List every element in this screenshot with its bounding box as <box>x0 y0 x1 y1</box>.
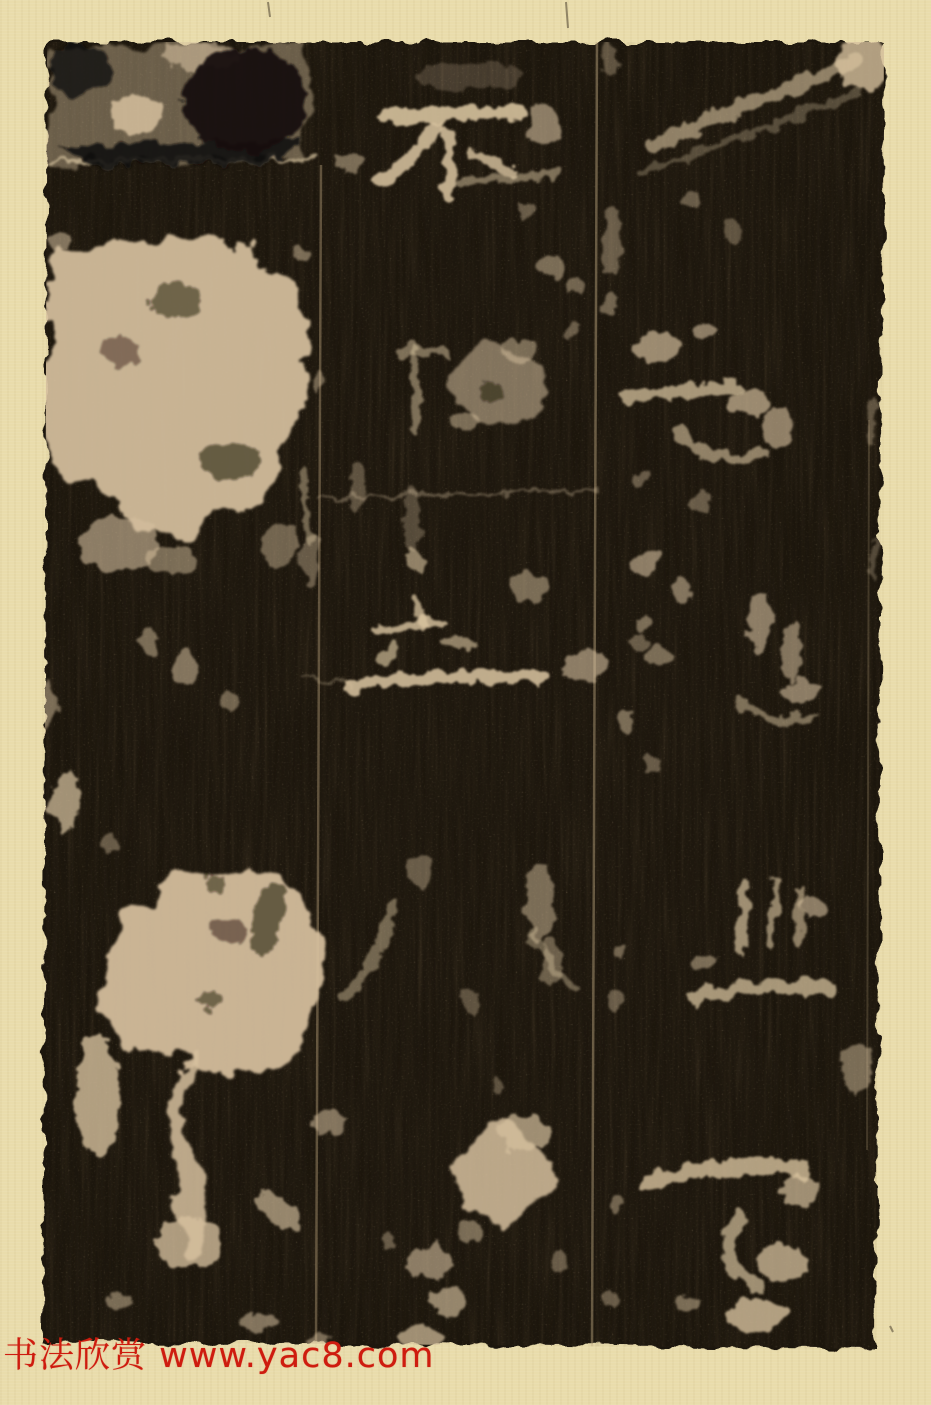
char-bu-stroke <box>446 131 450 197</box>
char-li-stroke <box>379 622 440 629</box>
char-li-stroke <box>444 641 471 646</box>
char-li-stroke <box>385 646 392 661</box>
rubbing-artwork <box>0 0 931 1405</box>
char-bu-stroke <box>385 111 520 117</box>
watermark-text: 书法欣赏 www.yac8.com <box>3 1336 434 1376</box>
scanned-rubbing-page: 书法欣赏 www.yac8.com <box>0 0 931 1405</box>
watermark: 书法欣赏 www.yac8.com <box>3 1337 434 1376</box>
